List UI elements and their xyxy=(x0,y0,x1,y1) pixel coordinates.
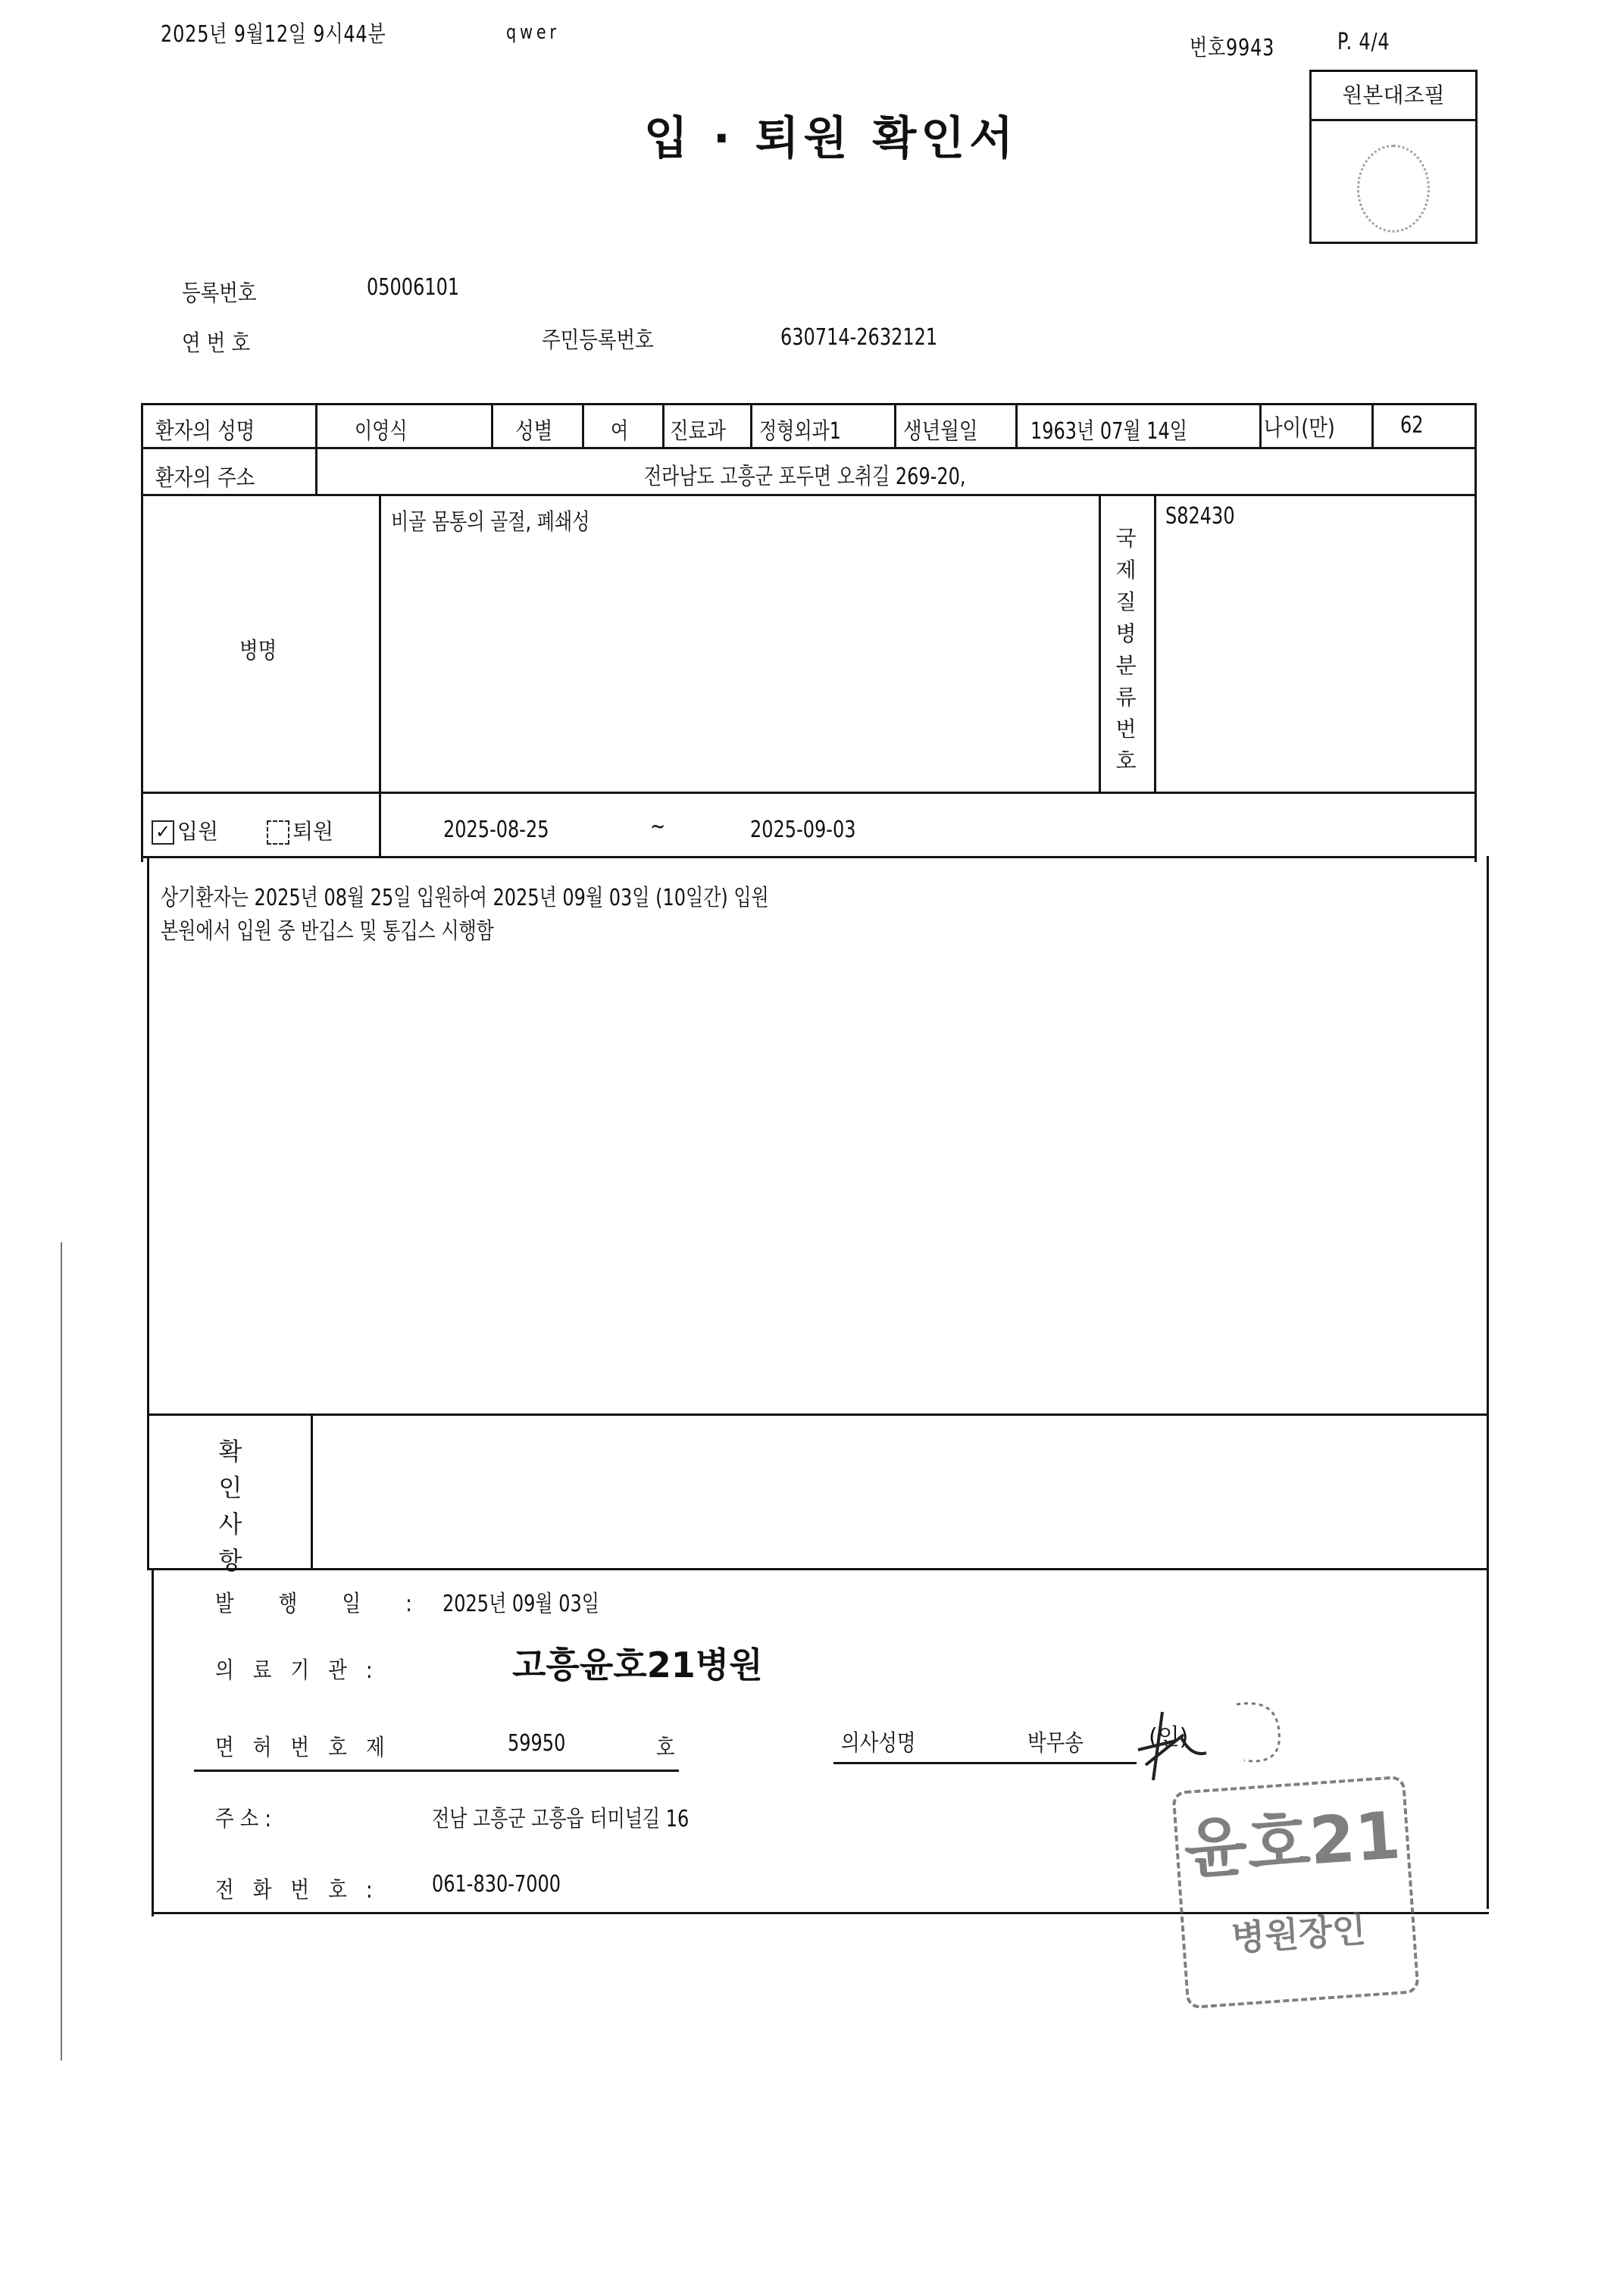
doctor-underline xyxy=(833,1762,1137,1764)
period-end: 2025-09-03 xyxy=(750,817,855,843)
confirmation-label: 확인사항 xyxy=(215,1433,245,1579)
remarks-line-2: 본원에서 입원 중 반깁스 및 통깁스 시행함 xyxy=(161,912,494,945)
license-no: 59950 xyxy=(508,1730,565,1757)
dob-label: 생년월일 xyxy=(903,412,978,445)
dept-value: 정형외과1 xyxy=(759,412,841,445)
issuer-address: 전남 고흥군 고흥읍 터미널길 16 xyxy=(432,1800,689,1833)
doctor-signature-icon xyxy=(1130,1697,1305,1788)
hospital-seal-stamp: 윤호21 병원장인 xyxy=(1171,1776,1419,2010)
scan-edge-line xyxy=(61,1242,62,2060)
patient-name-label: 환자의 성명 xyxy=(155,412,255,445)
issue-date: 2025년 09월 03일 xyxy=(442,1585,599,1618)
certified-seal-icon xyxy=(1357,145,1430,233)
period-start: 2025-08-25 xyxy=(443,817,549,843)
fax-sender: qwer xyxy=(506,21,560,44)
license-label: 면 허 번 호 제 xyxy=(215,1729,391,1762)
issuer-address-label: 주 소 : xyxy=(215,1800,271,1833)
page-title: 입 · 퇴원 확인서 xyxy=(644,102,1018,167)
doctor-label: 의사성명 xyxy=(841,1724,916,1757)
phone-value: 061-830-7000 xyxy=(432,1871,561,1898)
remarks-line-1: 상기환자는 2025년 08월 25일 입원하여 2025년 09월 03일 (… xyxy=(161,879,769,912)
address-value: 전라남도 고흥군 포두면 오취길 269-20, xyxy=(644,458,966,491)
certified-copy-box: 원본대조필 xyxy=(1309,70,1478,244)
address-label: 환자의 주소 xyxy=(155,459,255,492)
phone-label: 전 화 번 호 : xyxy=(215,1871,379,1904)
issue-date-label: 발 행 일 : xyxy=(215,1585,431,1618)
admission-option[interactable]: ✓입원 xyxy=(152,815,218,845)
fax-number: 번호9943 xyxy=(1190,29,1274,62)
stamp-line-1: 윤호21 xyxy=(1175,1779,1410,1908)
registration-no: 05006101 xyxy=(367,274,459,301)
resident-no: 630714-2632121 xyxy=(780,324,937,351)
license-underline xyxy=(194,1770,679,1772)
dob-value: 1963년 07월 14일 xyxy=(1030,412,1187,445)
diagnosis-label: 병명 xyxy=(239,632,277,665)
diagnosis-value: 비골 몸통의 골절, 폐쇄성 xyxy=(391,503,589,536)
resident-no-label: 주민등록번호 xyxy=(542,321,654,355)
discharge-label: 퇴원 xyxy=(292,819,333,844)
discharge-checkbox[interactable] xyxy=(267,820,289,845)
admission-label: 입원 xyxy=(177,819,218,844)
fax-page: P. 4/4 xyxy=(1337,29,1390,55)
fax-datetime: 2025년 9월12일 9시44분 xyxy=(161,15,386,48)
license-suffix: 호 xyxy=(656,1729,675,1762)
age-label: 나이(만) xyxy=(1264,409,1335,442)
institution-name: 고흥윤호21병원 xyxy=(512,1638,763,1688)
sex-value: 여 xyxy=(611,412,628,445)
certified-copy-label: 원본대조필 xyxy=(1312,72,1475,121)
dept-label: 진료과 xyxy=(670,412,726,445)
serial-no-label: 연 번 호 xyxy=(182,324,250,358)
age-value: 62 xyxy=(1400,412,1424,439)
icd-code: S82430 xyxy=(1165,503,1235,529)
admission-checkbox[interactable]: ✓ xyxy=(152,820,174,845)
registration-no-label: 등록번호 xyxy=(182,274,257,308)
institution-label: 의 료 기 관 : xyxy=(215,1651,379,1685)
sex-label: 성별 xyxy=(515,412,552,445)
icd-label: 국제질병분류번호 xyxy=(1111,523,1141,777)
discharge-option[interactable]: 퇴원 xyxy=(267,815,333,845)
period-separator: ~ xyxy=(650,814,665,840)
doctor-name: 박무송 xyxy=(1027,1724,1084,1757)
patient-name: 이영식 xyxy=(355,412,408,445)
